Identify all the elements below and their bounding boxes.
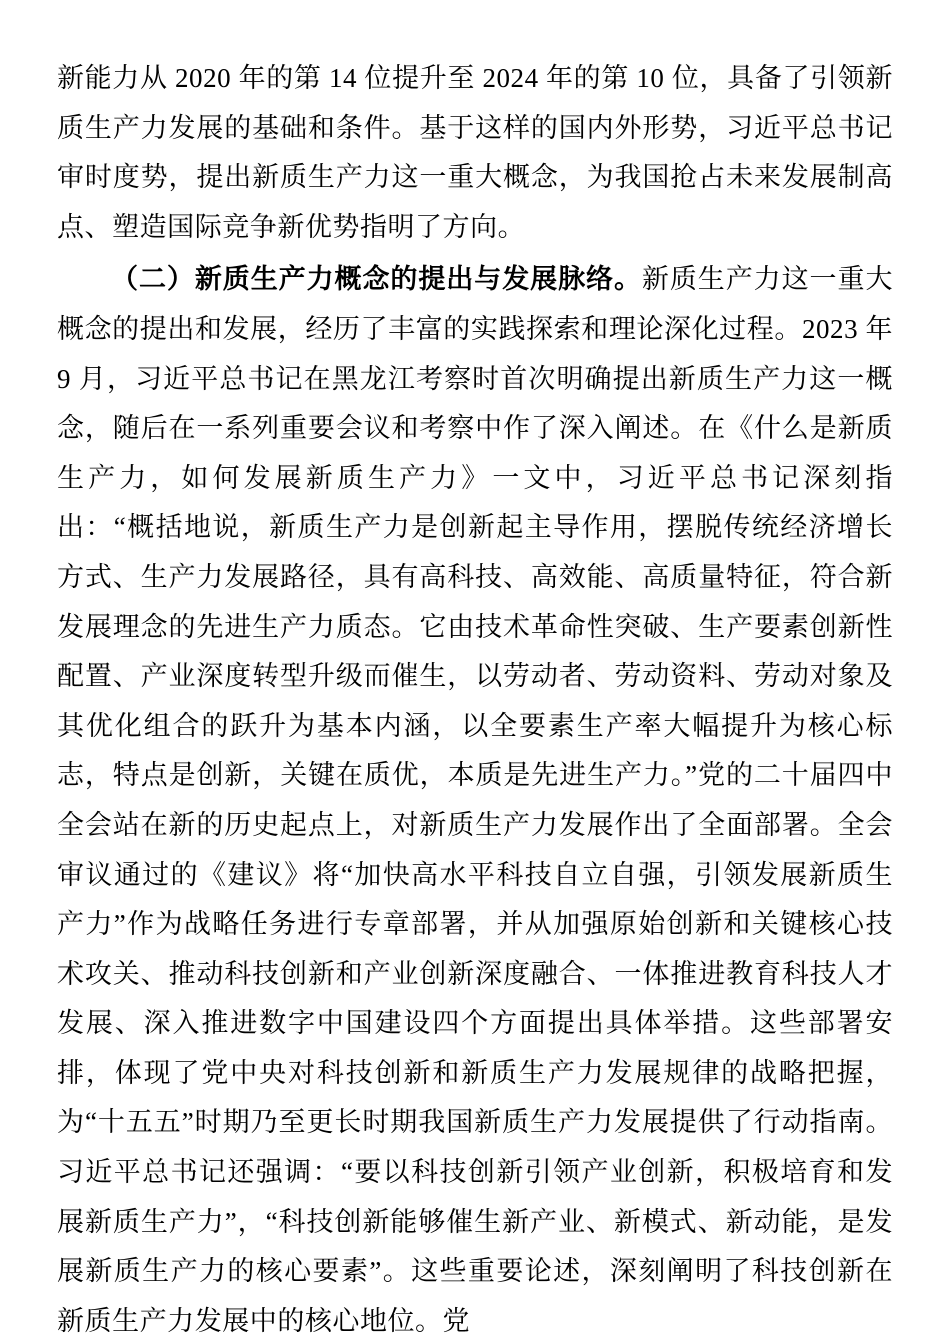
paragraph-section-two: （二）新质生产力概念的提出与发展脉络。新质生产力这一重大概念的提出和发展，经历了… bbox=[57, 255, 893, 1344]
paragraph-continuation: 新能力从 2020 年的第 14 位提升至 2024 年的第 10 位，具备了引… bbox=[57, 54, 893, 252]
paragraph-text: 新能力从 2020 年的第 14 位提升至 2024 年的第 10 位，具备了引… bbox=[57, 63, 893, 242]
document-page: 新能力从 2020 年的第 14 位提升至 2024 年的第 10 位，具备了引… bbox=[0, 0, 950, 1344]
paragraph-text: 新质生产力这一重大概念的提出和发展，经历了丰富的实践探索和理论深化过程。2023… bbox=[57, 264, 893, 1335]
section-heading: （二）新质生产力概念的提出与发展脉络。 bbox=[111, 264, 642, 294]
